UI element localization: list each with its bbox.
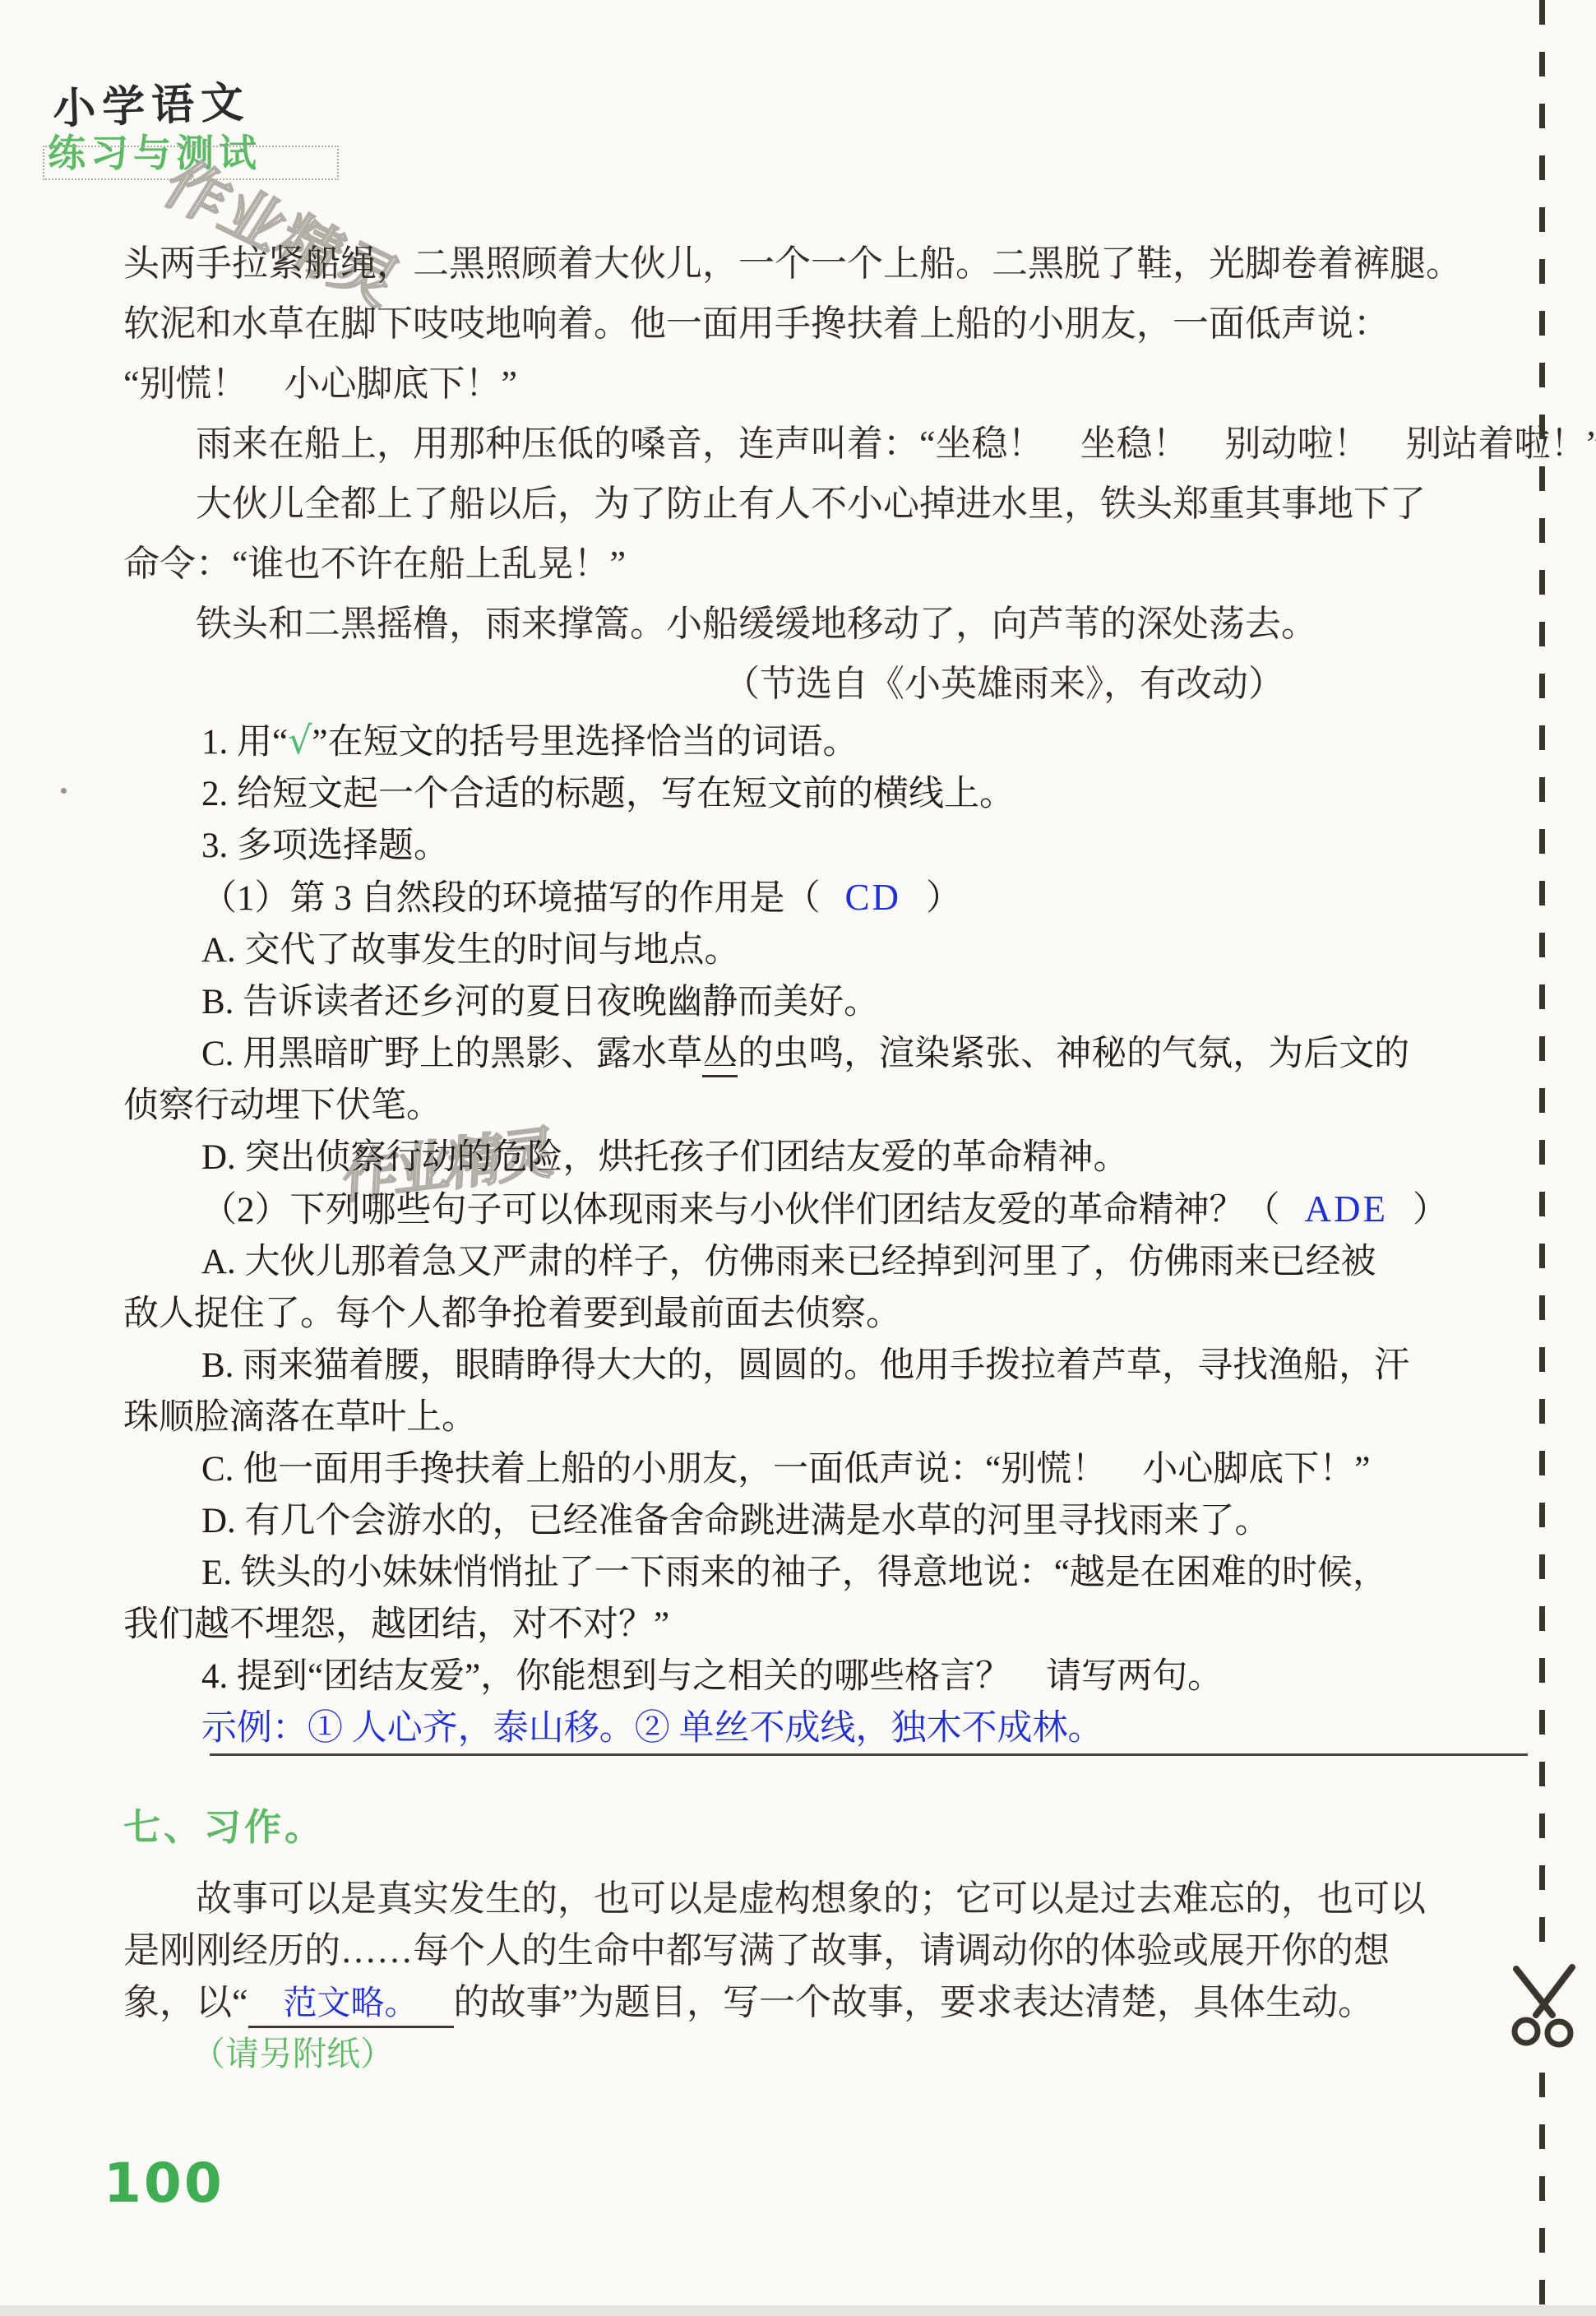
passage-line-1: 头两手拉紧船绳，二黑照顾着大伙儿，一个一个上船。二黑脱了鞋，光脚卷着裤腿。 [123, 234, 1531, 294]
sub1-option-c-underlined-char: 丛 [702, 1035, 738, 1077]
sub2-option-b-line1: B. 雨来猫着腰，眼睛睁得大大的，圆圆的。他用手拨拉着芦草，寻找渔船，汗 [123, 1340, 1531, 1392]
question-1: 1. 用“√”在短文的括号里选择恰当的词语。 [123, 715, 1531, 768]
section-7-heading: 七、习作。 [123, 1797, 325, 1850]
question-4: 4. 提到“团结友爱”，你能想到与之相关的哪些格言？ 请写两句。 [123, 1651, 1531, 1702]
sub2-option-e-line1: E. 铁头的小妹妹悄悄扯了一下雨来的袖子，得意地说：“越是在困难的时候， [123, 1547, 1531, 1599]
sub2-stem-text: （2）下列哪些句子可以体现雨来与小伙伴们团结友爱的革命精神？（ [201, 1191, 1280, 1230]
checkmark-icon: √ [288, 718, 312, 762]
sub1-option-c-cont: 侦察行动埋下伏笔。 [123, 1080, 1531, 1132]
sub1-stem-text: （1）第 3 自然段的环境描写的作用是（ [201, 879, 821, 918]
sub1-option-b: B. 告诉读者还乡河的夏日夜晚幽静而美好。 [123, 976, 1531, 1028]
page-number: 100 [104, 2152, 224, 2215]
question-1-prefix: 1. 用“ [201, 723, 288, 762]
sub2-answer: ADE [1305, 1188, 1388, 1230]
question-4-answer: 示例：① 人心齐，泰山移。② 单丝不成线，独木不成林。 [123, 1702, 1531, 1754]
passage-source: （节选自《小英雄雨来》，有改动） [123, 654, 1531, 714]
sub2-option-e-line2: 我们越不埋怨，越团结，对不对？” [123, 1599, 1531, 1651]
title-blank-prefix: 象，以“ [123, 1982, 248, 2022]
scan-speck [61, 788, 67, 794]
sub1-stem-close: ） [926, 879, 961, 918]
title-blank-suffix: 的故事”为题目，写一个故事，要求表达清楚，具体生动。 [454, 1982, 1375, 2022]
section-7-body: 故事可以是真实发生的，也可以是虚构想象的；它可以是过去难忘的，也可以 是刚刚经历… [123, 1873, 1531, 2080]
question-1-suffix: ”在短文的括号里选择恰当的词语。 [312, 723, 858, 762]
title-blank-answer: 范文略。 [248, 1980, 454, 2028]
sub1-option-c-part2: 的虫鸣，渲染紧张、神秘的气氛，为后文的 [738, 1035, 1409, 1073]
question-3-sub2-stem: （2）下列哪些句子可以体现雨来与小伙伴们团结友爱的革命精神？（ADE） [123, 1183, 1531, 1236]
sub2-option-c: C. 他一面用手搀扶着上船的小朋友，一面低声说：“别慌！ 小心脚底下！” [123, 1443, 1531, 1495]
passage-line-5: 大伙儿全都上了船以后，为了防止有人不小心掉进水里，铁头郑重其事地下了 [123, 474, 1531, 534]
questions-block: 1. 用“√”在短文的括号里选择恰当的词语。 2. 给短文起一个合适的标题，写在… [123, 715, 1531, 1754]
passage-line-4: 雨来在船上，用那种压低的嗓音，连声叫着：“坐稳！ 坐稳！ 别动啦！ 别站着啦！” [123, 414, 1531, 474]
page-bottom-edge [0, 2305, 1596, 2316]
question-3-sub1-stem: （1）第 3 自然段的环境描写的作用是（CD） [123, 872, 1531, 924]
passage-line-3: “别慌！ 小心脚底下！” [123, 354, 1531, 414]
sub2-option-d: D. 有几个会游水的，已经准备舍命跳进满是水草的河里寻找雨来了。 [123, 1495, 1531, 1547]
section-7-line1: 故事可以是真实发生的，也可以是虚构想象的；它可以是过去难忘的，也可以 [123, 1873, 1531, 1925]
sub2-option-a-line2: 敌人捉住了。每个人都争抢着要到最前面去侦察。 [123, 1288, 1531, 1340]
passage-line-6: 命令：“谁也不许在船上乱晃！” [123, 534, 1531, 594]
sub2-stem-close: ） [1413, 1191, 1448, 1230]
sub1-answer: CD [845, 877, 902, 918]
question-2: 2. 给短文起一个合适的标题，写在短文前的横线上。 [123, 768, 1531, 820]
passage-line-7: 铁头和二黑摇橹，雨来撑篙。小船缓缓地移动了，向芦苇的深处荡去。 [123, 594, 1531, 654]
scissors-icon [1505, 1962, 1584, 2054]
section-7-line2: 是刚刚经历的……每个人的生命中都写满了故事，请调动你的体验或展开你的想 [123, 1925, 1531, 1976]
attach-paper-note: （请另附纸） [123, 2028, 1531, 2080]
question-3: 3. 多项选择题。 [123, 820, 1531, 872]
reading-passage: 头两手拉紧船绳，二黑照顾着大伙儿，一个一个上船。二黑脱了鞋，光脚卷着裤腿。 软泥… [123, 234, 1531, 714]
section-7-line3: 象，以“范文略。的故事”为题目，写一个故事，要求表达清楚，具体生动。 [123, 1976, 1531, 2028]
sub2-option-b-line2: 珠顺脸滴落在草叶上。 [123, 1392, 1531, 1443]
answer-underline [210, 1753, 1528, 1756]
header-dotted-box [43, 146, 339, 180]
workbook-page: 小学语文 练习与测试 作业精灵 作业精灵 头两手拉紧船绳，二黑照顾着大伙儿，一个… [0, 0, 1596, 2316]
sub1-option-d: D. 突出侦察行动的危险，烘托孩子们团结友爱的革命精神。 [123, 1132, 1531, 1183]
sub1-option-a: A. 交代了故事发生的时间与地点。 [123, 924, 1531, 976]
passage-line-2: 软泥和水草在脚下吱吱地响着。他一面用手搀扶着上船的小朋友，一面低声说： [123, 294, 1531, 354]
sub2-option-a-line1: A. 大伙儿那着急又严肃的样子，仿佛雨来已经掉到河里了，仿佛雨来已经被 [123, 1236, 1531, 1288]
sub1-option-c: C. 用黑暗旷野上的黑影、露水草丛的虫鸣，渲染紧张、神秘的气氛，为后文的 [123, 1028, 1531, 1080]
sub1-option-c-part1: C. 用黑暗旷野上的黑影、露水草 [201, 1035, 702, 1073]
